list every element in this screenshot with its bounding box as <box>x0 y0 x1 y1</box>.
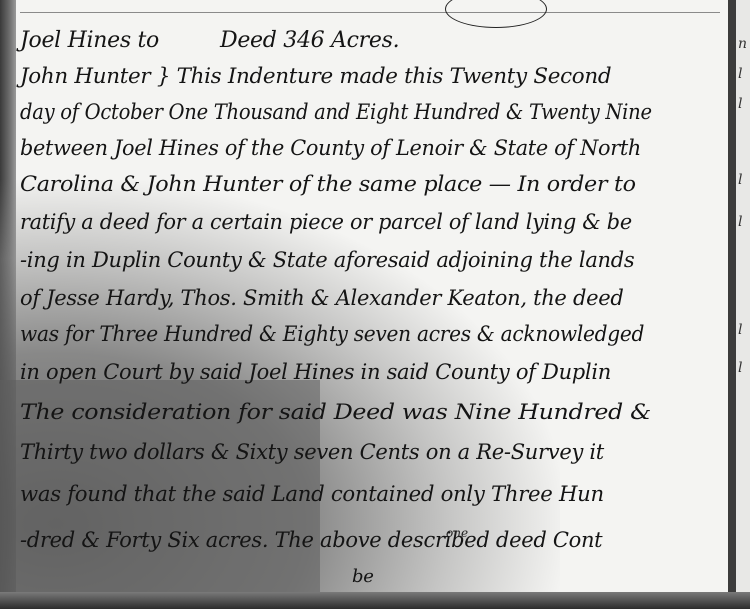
deed-line-13: -dred & Forty Six acres. The above descr… <box>20 528 602 552</box>
facing-page-edge <box>736 0 750 609</box>
deed-line-6: -ing in Duplin County & State aforesaid … <box>20 248 634 272</box>
deed-line-1: John Hunter } This Indenture made this T… <box>20 64 611 88</box>
interlinear-insertion: one <box>446 526 468 540</box>
deed-line-11: Thirty two dollars & Sixty seven Cents o… <box>20 440 604 464</box>
facing-page-fragment: l <box>738 96 742 112</box>
facing-page-fragment: l <box>738 360 742 376</box>
deed-line-2: day of October One Thousand and Eight Hu… <box>20 100 652 124</box>
deed-line-12: was found that the said Land contained o… <box>20 482 604 506</box>
deed-line-4: Carolina & John Hunter of the same place… <box>20 172 636 196</box>
page-bottom-edge <box>0 592 750 609</box>
deed-line-8: was for Three Hundred & Eighty seven acr… <box>20 322 644 346</box>
facing-page-fragment: l <box>738 172 742 188</box>
facing-page-fragment: l <box>738 214 742 230</box>
top-ruled-line <box>20 12 720 13</box>
bottom-fragment: be <box>352 566 374 587</box>
deed-line-10: The consideration for said Deed was Nine… <box>20 400 651 424</box>
document-page: Joel Hines to Deed 346 Acres. John Hunte… <box>0 0 750 609</box>
deed-line-5: ratify a deed for a certain piece or par… <box>20 210 632 234</box>
deed-line-7: of Jesse Hardy, Thos. Smith & Alexander … <box>20 286 623 310</box>
facing-page-fragment: n <box>738 36 747 52</box>
deed-line-9: in open Court by said Joel Hines in said… <box>20 360 611 384</box>
facing-page-fragment: l <box>738 66 742 82</box>
header-deed-acres: Deed 346 Acres. <box>220 28 399 53</box>
deed-line-3: between Joel Hines of the County of Leno… <box>20 136 641 160</box>
page-gutter <box>728 0 736 609</box>
top-flourish-mark <box>445 0 547 28</box>
facing-page-fragment: l <box>738 322 742 338</box>
header-grantor: Joel Hines to <box>20 28 159 53</box>
